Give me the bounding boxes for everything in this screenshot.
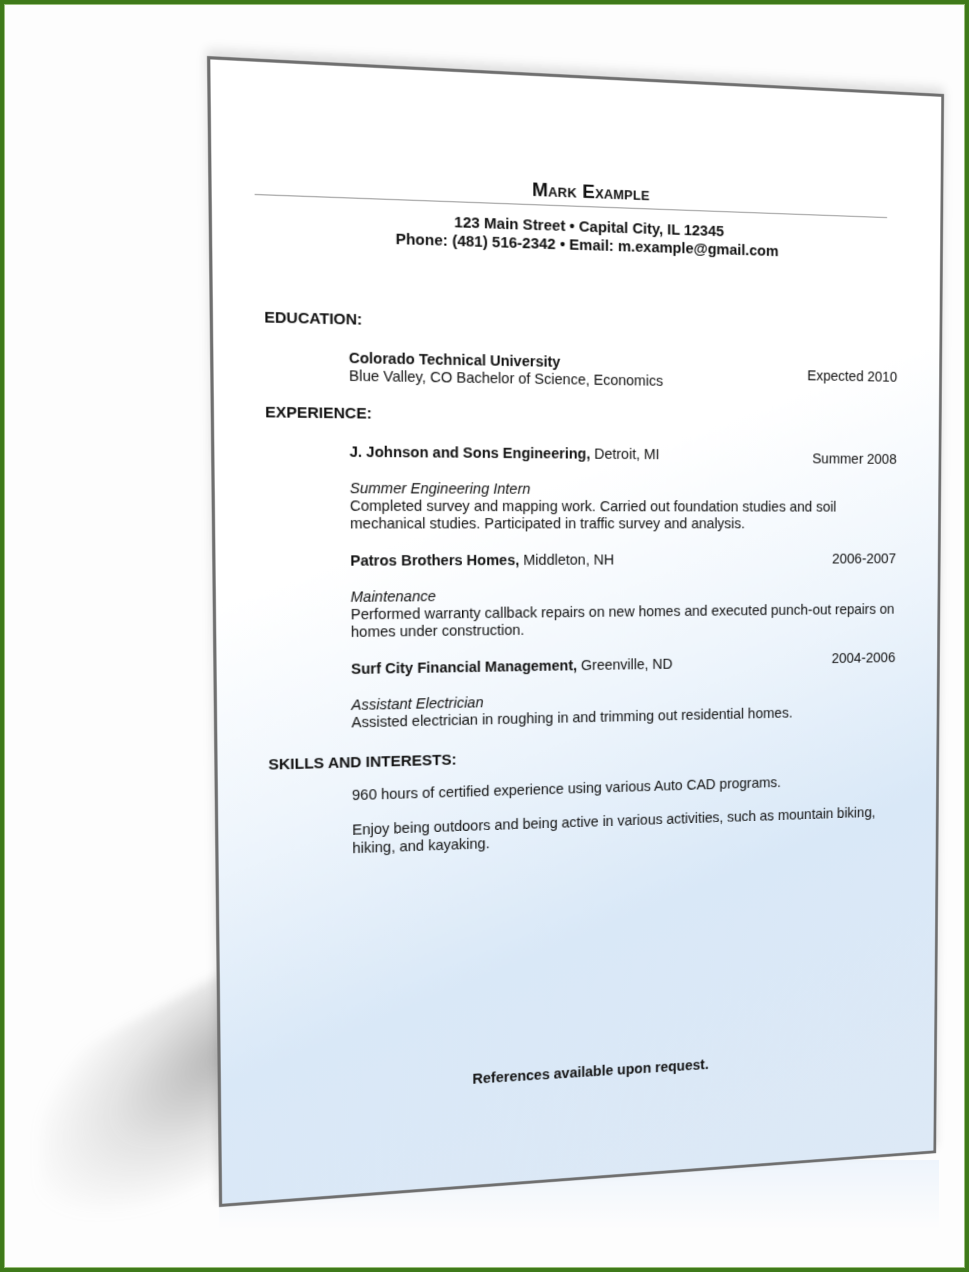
- document-page-wrapper: Mark Example 123 Main Street • Capital C…: [207, 56, 944, 1207]
- school-name: Colorado Technical University: [349, 351, 561, 371]
- experience-entry: J. Johnson and Sons Engineering, Detroit…: [349, 444, 896, 533]
- skills-heading: SKILLS AND INTERESTS:: [268, 751, 456, 773]
- employment-date: 2004-2006: [832, 650, 896, 668]
- employer-location: Greenville, ND: [577, 657, 673, 675]
- employer-location: Detroit, MI: [590, 447, 659, 464]
- resume-page: Mark Example 123 Main Street • Capital C…: [207, 56, 944, 1207]
- employer-name: J. Johnson and Sons Engineering,: [349, 444, 590, 462]
- experience-entry: Patros Brothers Homes, Middleton, NH 200…: [350, 552, 896, 643]
- job-description: Performed warranty callback repairs on n…: [351, 602, 896, 642]
- experience-entry: Surf City Financial Management, Greenvil…: [351, 653, 895, 732]
- job-title: Summer Engineering Intern: [350, 481, 897, 500]
- skill-item: Enjoy being outdoors and being active in…: [352, 804, 894, 859]
- education-heading: EDUCATION:: [264, 309, 362, 329]
- skill-item: 960 hours of certified experience using …: [352, 771, 895, 805]
- employer-name: Surf City Financial Management,: [351, 658, 577, 678]
- references-note: References available upon request.: [221, 1043, 934, 1104]
- employer-location: Middleton, NH: [519, 552, 614, 569]
- page-shadow: [40, 969, 230, 1270]
- experience-heading: EXPERIENCE:: [265, 404, 372, 423]
- job-description: Completed survey and mapping work. Carri…: [350, 498, 896, 533]
- employment-date: Summer 2008: [812, 451, 896, 468]
- employer-name: Patros Brothers Homes,: [350, 553, 519, 570]
- employment-date: 2006-2007: [832, 552, 896, 569]
- education-entry: Colorado Technical University Expected 2…: [349, 351, 897, 395]
- education-date: Expected 2010: [807, 368, 897, 386]
